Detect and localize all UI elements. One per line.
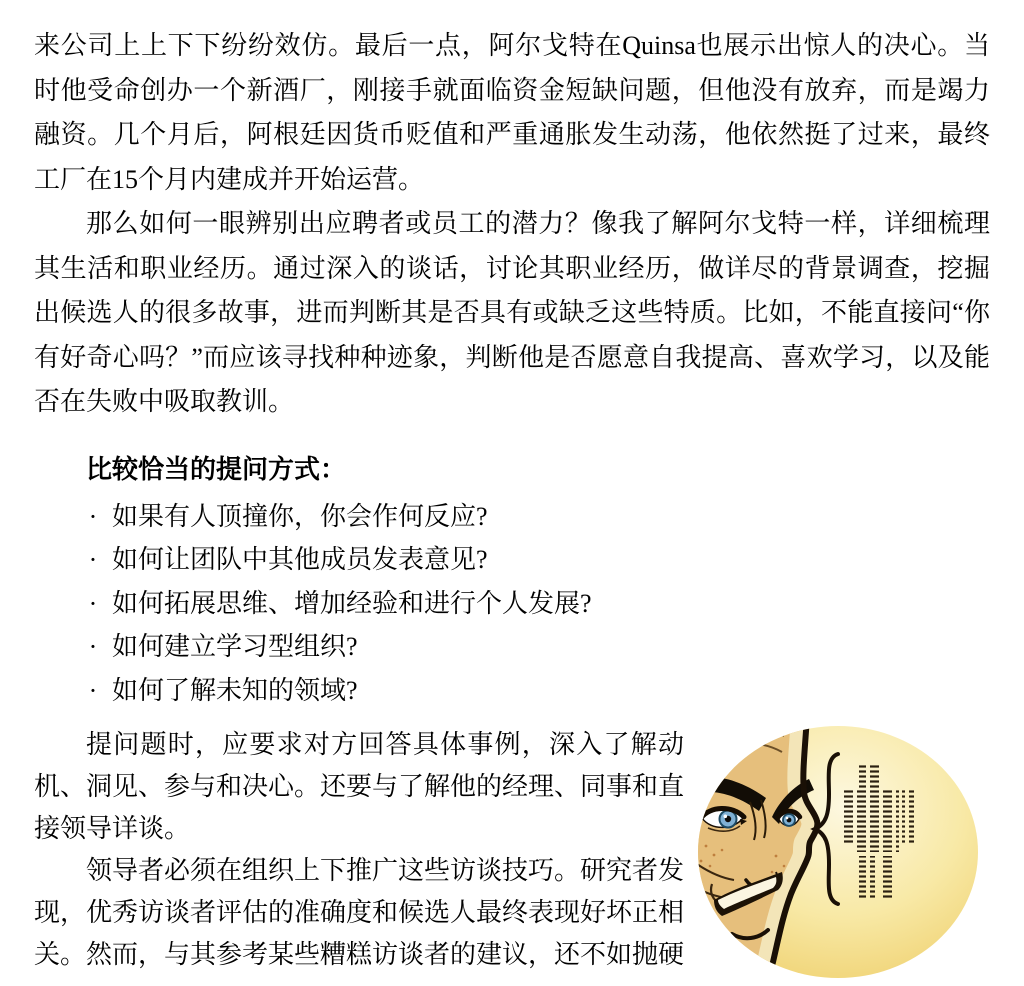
bullet-dot: · [86,625,100,669]
body-paragraph-1: 来公司上上下下纷纷效仿。最后一点，阿尔戈特在Quinsa也展示出惊人的决心。当时… [34,24,990,202]
list-item: ·如何让团队中其他成员发表意见? [34,538,990,582]
body-paragraph-2: 那么如何一眼辨别出应聘者或员工的潜力？像我了解阿尔戈特一样，详细梳理其生活和职业… [34,202,990,425]
list-item: ·如果有人顶撞你，你会作何反应? [34,495,990,539]
list-item-text: 如果有人顶撞你，你会作何反应? [112,502,488,531]
question-list: ·如果有人顶撞你，你会作何反应? ·如何让团队中其他成员发表意见? ·如何拓展思… [34,495,990,713]
bottom-text-block: 提问题时，应要求对方回答具体事例，深入了解动机、洞见、参与和决心。还要与了解他的… [34,724,990,976]
bullet-dot: · [86,669,100,713]
interviewer-illustration [688,724,990,982]
list-item: ·如何了解未知的领域? [34,669,990,713]
list-item-text: 如何建立学习型组织? [112,632,358,661]
list-item: ·如何建立学习型组织? [34,625,990,669]
question-style-heading: 比较恰当的提问方式： [86,447,990,493]
list-item-text: 如何了解未知的领域? [112,676,358,705]
list-item-text: 如何拓展思维、增加经验和进行个人发展? [112,589,592,618]
page-content: 来公司上上下下纷纷效仿。最后一点，阿尔戈特在Quinsa也展示出惊人的决心。当时… [34,24,990,982]
list-item-text: 如何让团队中其他成员发表意见? [112,545,488,574]
bullet-dot: · [86,582,100,626]
bullet-dot: · [86,495,100,539]
book-page: 来公司上上下下纷纷效仿。最后一点，阿尔戈特在Quinsa也展示出惊人的决心。当时… [0,0,1024,986]
bullet-dot: · [86,538,100,582]
list-item: ·如何拓展思维、增加经验和进行个人发展? [34,582,990,626]
